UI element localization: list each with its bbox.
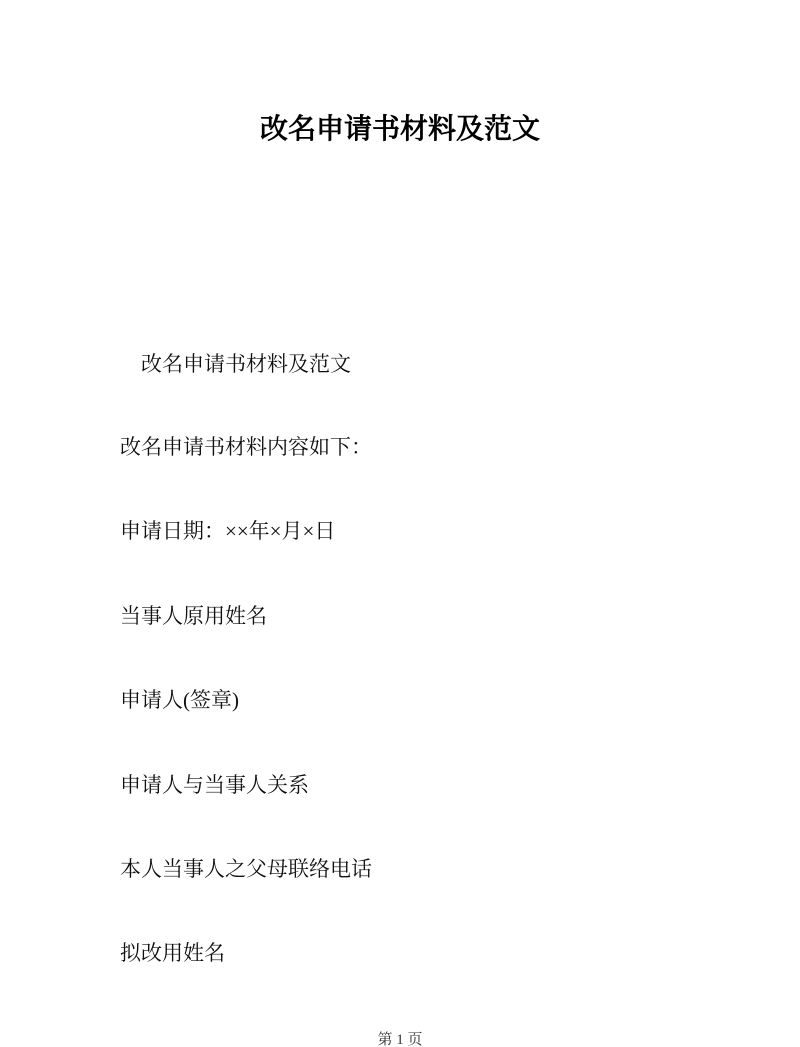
intro-line: 改名申请书材料内容如下：: [120, 434, 372, 460]
subtitle-line: 改名申请书材料及范文: [141, 351, 351, 377]
original-name-line: 当事人原用姓名: [120, 603, 267, 629]
page-number-footer: 第 1 页: [0, 1031, 800, 1047]
proposed-new-name-line: 拟改用姓名: [120, 940, 225, 966]
parents-contact-phone-line: 本人当事人之父母联络电话: [120, 856, 372, 882]
document-title: 改名申请书材料及范文: [0, 112, 800, 146]
document-page: 改名申请书材料及范文 改名申请书材料及范文 改名申请书材料内容如下： 申请日期：…: [0, 0, 800, 1047]
relationship-line: 申请人与当事人关系: [120, 772, 309, 798]
applicant-signature-line: 申请人(签章): [120, 687, 239, 713]
application-date-line: 申请日期：××年×月×日: [120, 518, 335, 544]
